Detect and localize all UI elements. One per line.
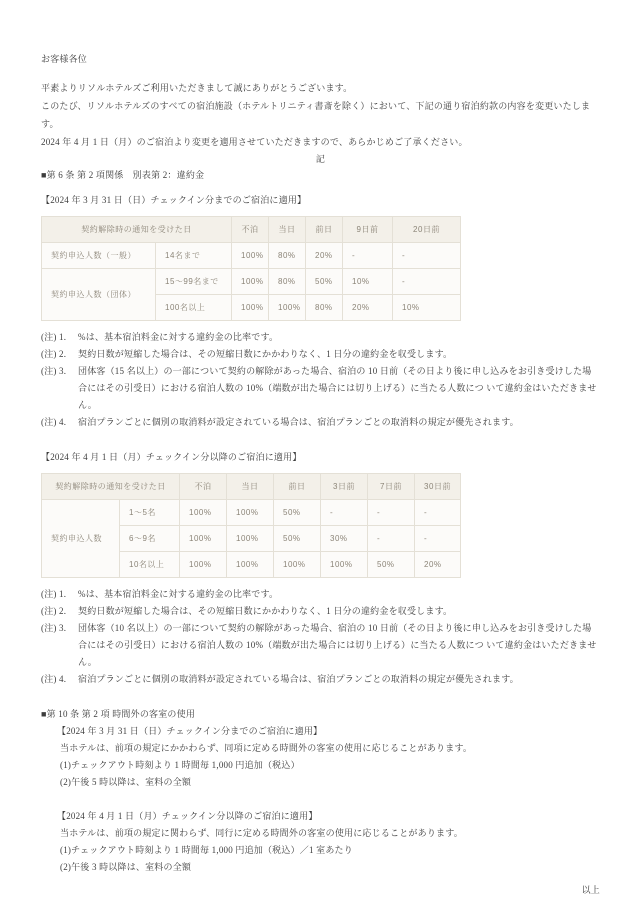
- size-cell: 14名まで: [156, 243, 232, 269]
- intro-line: このたび、リソルホテルズのすべての宿泊施設（ホテルトリニティ書斎を除く）において…: [41, 97, 600, 133]
- note-text: 宿泊プランごとに個別の取消料が設定されている場合は、宿泊プランごとの取消料の規定…: [78, 417, 519, 427]
- closing-mark: 以上: [41, 882, 600, 899]
- article10-after-item: (2)午後 3 時以降は、室料の全額: [60, 859, 600, 876]
- value-cell: -: [393, 243, 461, 269]
- note-item: (注) 4.宿泊プランごとに個別の取消料が設定されている場合は、宿泊プランごとの…: [41, 414, 600, 431]
- note-item: (注) 2.契約日数が短縮した場合は、その短縮日数にかかわりなく、1 日分の違約…: [41, 346, 600, 363]
- article10-after-caption: 【2024 年 4 月 1 日（月）チェックイン分以降のご宿泊に適用】: [57, 808, 600, 825]
- day-header-cell: 20日前: [393, 217, 461, 243]
- note-label: (注) 1.: [41, 329, 66, 346]
- table1-notes: (注) 1.%は、基本宿泊料金に対する違約金の比率です。 (注) 2.契約日数が…: [41, 329, 600, 431]
- day-header-cell: 不泊: [232, 217, 269, 243]
- note-label: (注) 4.: [41, 671, 66, 688]
- table2-notes: (注) 1.%は、基本宿泊料金に対する違約金の比率です。 (注) 2.契約日数が…: [41, 586, 600, 688]
- note-item: (注) 1.%は、基本宿泊料金に対する違約金の比率です。: [41, 586, 600, 603]
- table2-caption: 【2024 年 4 月 1 日（月）チェックイン分以降のご宿泊に適用】: [41, 449, 600, 466]
- table-row: 契約申込人数（一般） 14名まで 100% 80% 20% - -: [42, 243, 461, 269]
- day-header-cell: 前日: [274, 474, 321, 500]
- day-header-cell: 当日: [227, 474, 274, 500]
- article10-before-block: 【2024 年 3 月 31 日（日）チェックイン分までのご宿泊に適用】 当ホテ…: [57, 723, 600, 791]
- group-cell: 契約申込人数（団体）: [42, 269, 156, 321]
- article10-after-body: 当ホテルは、前項の規定に関わらず、同行に定める時間外の客室の使用に応じることがあ…: [60, 825, 600, 842]
- value-cell: 100%: [227, 526, 274, 552]
- value-cell: 80%: [306, 295, 343, 321]
- value-cell: 100%: [227, 500, 274, 526]
- record-mark: 記: [41, 151, 600, 167]
- value-cell: 100%: [274, 552, 321, 578]
- size-cell: 15～99名まで: [156, 269, 232, 295]
- value-cell: -: [415, 526, 461, 552]
- value-cell: 80%: [269, 243, 306, 269]
- group-cell: 契約申込人数: [42, 500, 120, 578]
- note-text: 契約日数が短縮した場合は、その短縮日数にかかわりなく、1 日分の違約金を収受しま…: [78, 349, 452, 359]
- note-text: %は、基本宿泊料金に対する違約金の比率です。: [78, 332, 278, 342]
- note-label: (注) 1.: [41, 586, 66, 603]
- value-cell: 100%: [232, 295, 269, 321]
- article10-after-item: (1)チェックアウト時刻より 1 時間毎 1,000 円追加（税込）／1 室あた…: [60, 842, 600, 859]
- value-cell: -: [415, 500, 461, 526]
- note-text: 団体客（15 名以上）の一部について契約の解除があった場合、宿泊の 10 日前（…: [78, 366, 597, 410]
- day-header-cell: 当日: [269, 217, 306, 243]
- corner-header-cell: 契約解除時の通知を受けた日: [42, 474, 180, 500]
- table-row: 契約申込人数（団体） 15～99名まで 100% 80% 50% 10% -: [42, 269, 461, 295]
- value-cell: 100%: [227, 552, 274, 578]
- value-cell: -: [321, 500, 368, 526]
- article10-after-block: 【2024 年 4 月 1 日（月）チェックイン分以降のご宿泊に適用】 当ホテル…: [57, 808, 600, 876]
- note-text: 宿泊プランごとに個別の取消料が設定されている場合は、宿泊プランごとの取消料の規定…: [78, 674, 519, 684]
- article10-before-caption: 【2024 年 3 月 31 日（日）チェックイン分までのご宿泊に適用】: [57, 723, 600, 740]
- penalty-table-before-april: 契約解除時の通知を受けた日 不泊 当日 前日 9日前 20日前 契約申込人数（一…: [41, 216, 461, 321]
- value-cell: 80%: [269, 269, 306, 295]
- value-cell: 50%: [368, 552, 415, 578]
- value-cell: 20%: [306, 243, 343, 269]
- table-header-row: 契約解除時の通知を受けた日 不泊 当日 前日 3日前 7日前 30日前: [42, 474, 461, 500]
- article10-before-item: (2)午後 5 時以降は、室料の全額: [60, 774, 600, 791]
- value-cell: 50%: [306, 269, 343, 295]
- value-cell: 10%: [343, 269, 393, 295]
- table1-caption: 【2024 年 3 月 31 日（日）チェックイン分までのご宿泊に適用】: [41, 192, 600, 209]
- value-cell: 20%: [415, 552, 461, 578]
- note-item: (注) 3.団体客（15 名以上）の一部について契約の解除があった場合、宿泊の …: [41, 363, 600, 414]
- article10-before-body: 当ホテルは、前項の規定にかかわらず、同項に定める時間外の客室の使用に応じることが…: [60, 740, 600, 757]
- size-cell: 1～5名: [120, 500, 180, 526]
- value-cell: -: [368, 526, 415, 552]
- value-cell: 100%: [180, 526, 227, 552]
- intro-paragraph: 平素よりリソルホテルズご利用いただきまして誠にありがとうございます。 このたび、…: [41, 79, 600, 151]
- intro-line: 平素よりリソルホテルズご利用いただきまして誠にありがとうございます。: [41, 79, 600, 97]
- day-header-cell: 不泊: [180, 474, 227, 500]
- value-cell: 20%: [343, 295, 393, 321]
- value-cell: -: [343, 243, 393, 269]
- article10-heading: ■第 10 条 第 2 項 時間外の客室の使用: [41, 706, 600, 723]
- value-cell: 100%: [232, 243, 269, 269]
- group-cell: 契約申込人数（一般）: [42, 243, 156, 269]
- value-cell: 100%: [321, 552, 368, 578]
- article10-before-item: (1)チェックアウト時刻より 1 時間毎 1,000 円追加（税込）: [60, 757, 600, 774]
- value-cell: 100%: [180, 552, 227, 578]
- value-cell: 100%: [180, 500, 227, 526]
- day-header-cell: 7日前: [368, 474, 415, 500]
- value-cell: 10%: [393, 295, 461, 321]
- value-cell: 30%: [321, 526, 368, 552]
- corner-header-cell: 契約解除時の通知を受けた日: [42, 217, 232, 243]
- note-label: (注) 3.: [41, 620, 66, 637]
- day-header-cell: 前日: [306, 217, 343, 243]
- note-text: %は、基本宿泊料金に対する違約金の比率です。: [78, 589, 278, 599]
- note-label: (注) 2.: [41, 346, 66, 363]
- value-cell: -: [393, 269, 461, 295]
- day-header-cell: 9日前: [343, 217, 393, 243]
- intro-line: 2024 年 4 月 1 日（月）のご宿泊より変更を適用させていただきますので、…: [41, 133, 600, 151]
- value-cell: 50%: [274, 526, 321, 552]
- note-item: (注) 2.契約日数が短縮した場合は、その短縮日数にかかわりなく、1 日分の違約…: [41, 603, 600, 620]
- note-text: 団体客（10 名以上）の一部について契約の解除があった場合、宿泊の 10 日前（…: [78, 623, 597, 667]
- table-header-row: 契約解除時の通知を受けた日 不泊 当日 前日 9日前 20日前: [42, 217, 461, 243]
- note-item: (注) 1.%は、基本宿泊料金に対する違約金の比率です。: [41, 329, 600, 346]
- salutation: お客様各位: [41, 50, 600, 68]
- value-cell: -: [368, 500, 415, 526]
- size-cell: 6～9名: [120, 526, 180, 552]
- note-text: 契約日数が短縮した場合は、その短縮日数にかかわりなく、1 日分の違約金を収受しま…: [78, 606, 452, 616]
- day-header-cell: 30日前: [415, 474, 461, 500]
- value-cell: 100%: [232, 269, 269, 295]
- day-header-cell: 3日前: [321, 474, 368, 500]
- value-cell: 50%: [274, 500, 321, 526]
- note-item: (注) 4.宿泊プランごとに個別の取消料が設定されている場合は、宿泊プランごとの…: [41, 671, 600, 688]
- note-label: (注) 3.: [41, 363, 66, 380]
- note-item: (注) 3.団体客（10 名以上）の一部について契約の解除があった場合、宿泊の …: [41, 620, 600, 671]
- size-cell: 100名以上: [156, 295, 232, 321]
- table-row: 契約申込人数 1～5名 100% 100% 50% - - -: [42, 500, 461, 526]
- document-page: お客様各位 平素よりリソルホテルズご利用いただきまして誠にありがとうございます。…: [0, 0, 637, 900]
- penalty-table-after-april: 契約解除時の通知を受けた日 不泊 当日 前日 3日前 7日前 30日前 契約申込…: [41, 473, 461, 578]
- note-label: (注) 4.: [41, 414, 66, 431]
- value-cell: 100%: [269, 295, 306, 321]
- note-label: (注) 2.: [41, 603, 66, 620]
- size-cell: 10名以上: [120, 552, 180, 578]
- article6-heading: ■第 6 条 第 2 項関係 別表第 2：違約金: [41, 167, 600, 184]
